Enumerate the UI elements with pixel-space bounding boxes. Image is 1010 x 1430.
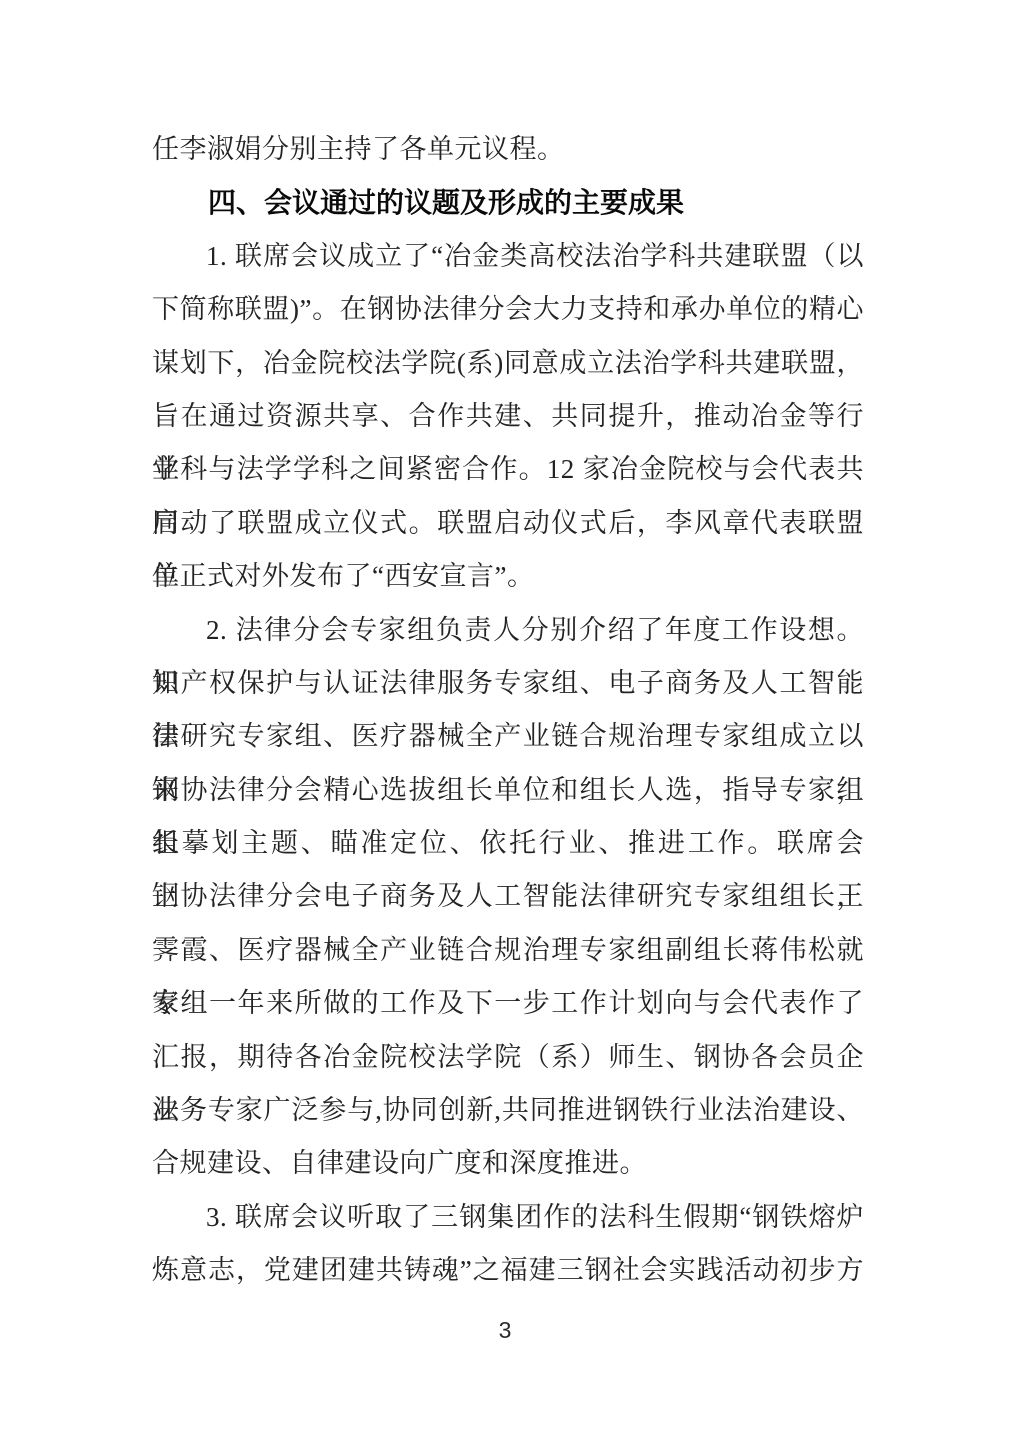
text-line: 2. 法律分会专家组负责人分别介绍了年度工作设想。知: [152, 604, 864, 657]
text-line: 旨在通过资源共享、合作共建、共同提升，推动冶金等行业: [152, 390, 864, 443]
text-line: 炼意志，党建团建共铸魂”之福建三钢社会实践活动初步方: [152, 1244, 864, 1297]
text-line: 识产权保护与认证法律服务专家组、电子商务及人工智能法: [152, 657, 864, 710]
text-line: 法务专家广泛参与,协同创新,共同推进钢铁行业法治建设、: [152, 1084, 864, 1137]
text-line: 家组一年来所做的工作及下一步工作计划向与会代表作了: [152, 977, 864, 1030]
text-line: 位正式对外发布了“西安宣言”。: [152, 550, 864, 603]
text-line: 钢协法律分会电子商务及人工智能法律研究专家组组长王: [152, 870, 864, 923]
text-line: 长摹划主题、瞄准定位、依托行业、推进工作。联席会上，: [152, 817, 864, 870]
document-page: 任李淑娟分别主持了各单元议程。四、会议通过的议题及形成的主要成果1. 联席会议成…: [0, 0, 1010, 1430]
text-line: 学科与法学学科之间紧密合作。12 家冶金院校与会代表共同: [152, 443, 864, 496]
text-line: 钢协法律分会精心选拔组长单位和组长人选，指导专家组组: [152, 764, 864, 817]
text-line: 1. 联席会议成立了“冶金类高校法治学科共建联盟（以: [152, 230, 864, 283]
page-number: 3: [0, 1308, 1010, 1352]
text-line: 谋划下，冶金院校法学院(系)同意成立法治学科共建联盟，: [152, 337, 864, 390]
text-line: 汇报，期待各冶金院校法学院（系）师生、钢协各会员企业: [152, 1031, 864, 1084]
text-line: 合规建设、自律建设向广度和深度推进。: [152, 1137, 864, 1190]
text-line: 启动了联盟成立仪式。联盟启动仪式后，李风章代表联盟单: [152, 497, 864, 550]
text-line: 律研究专家组、医疗器械全产业链合规治理专家组成立以来，: [152, 710, 864, 763]
text-line: 任李淑娟分别主持了各单元议程。: [152, 123, 864, 176]
text-line: 下简称联盟)”。在钢协法律分会大力支持和承办单位的精心: [152, 283, 864, 336]
text-line: 3. 联席会议听取了三钢集团作的法科生假期“钢铁熔炉: [152, 1191, 864, 1244]
text-block: 任李淑娟分别主持了各单元议程。四、会议通过的议题及形成的主要成果1. 联席会议成…: [152, 123, 864, 1298]
section-heading: 四、会议通过的议题及形成的主要成果: [152, 176, 864, 229]
text-line: 霁霞、医疗器械全产业链合规治理专家组副组长蒋伟松就专: [152, 924, 864, 977]
